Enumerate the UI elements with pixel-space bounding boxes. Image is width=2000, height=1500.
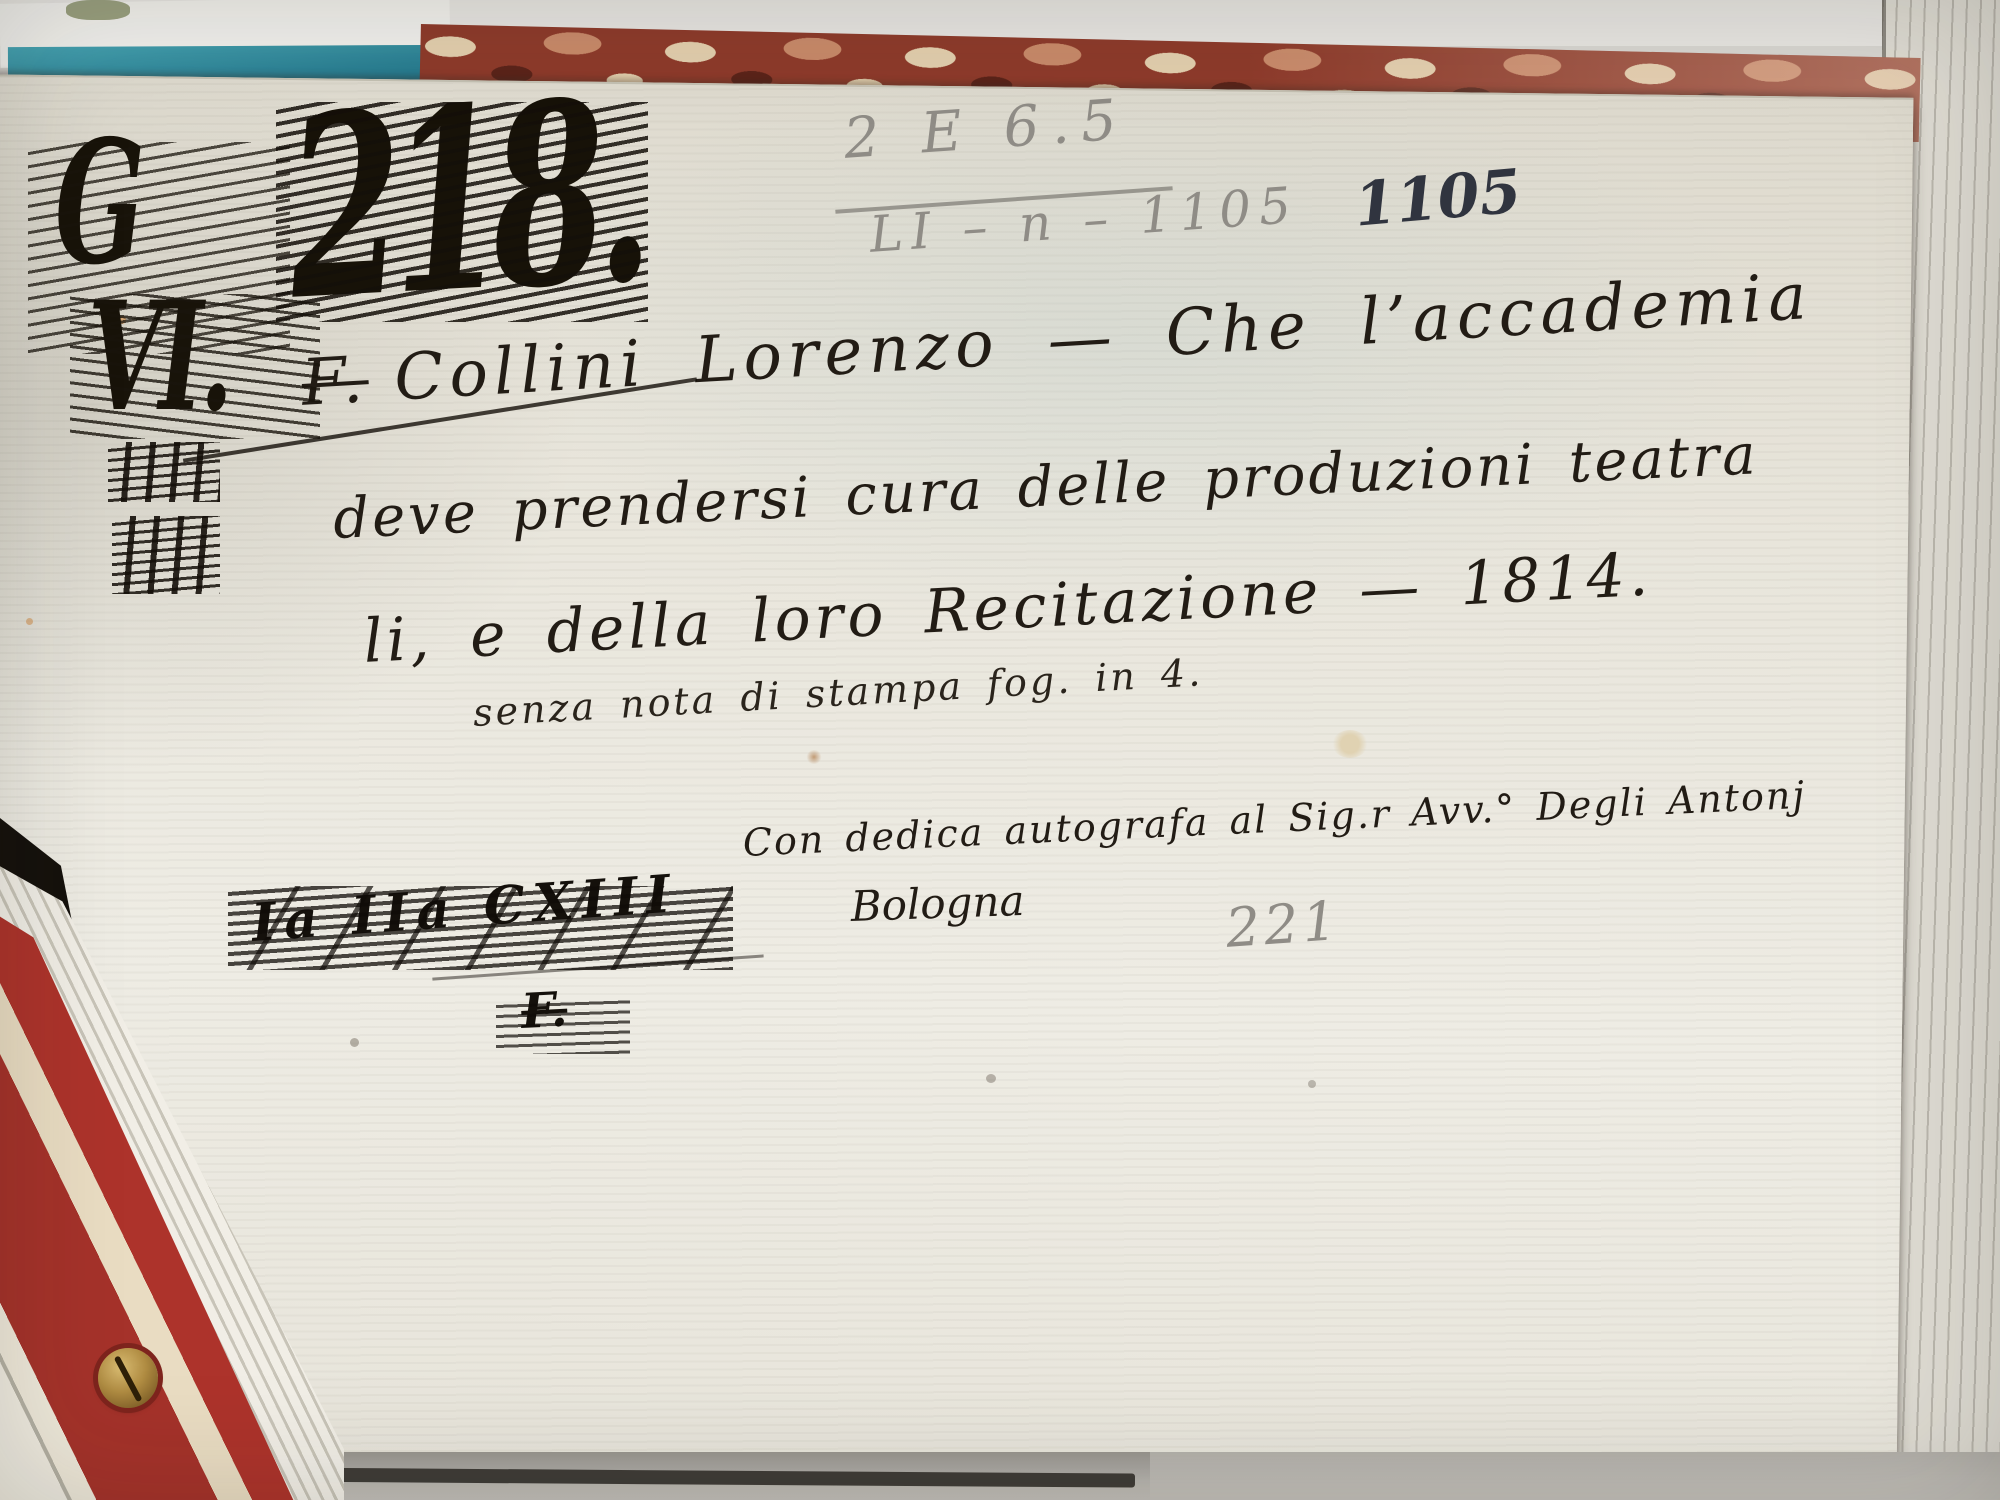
paper-patch [1332, 730, 1368, 758]
ink-dot [350, 1038, 359, 1047]
struck-stamp-mark [112, 516, 220, 594]
fox-spot [806, 750, 822, 764]
dedication-line-2: Bologna [850, 880, 1025, 928]
debris-speck [66, 0, 130, 20]
screw-slot [114, 1355, 143, 1402]
photo-of-catalog-card: G VI. 218. 2 E 6.5 LI – n – 1105 1105 F.… [0, 0, 2000, 1500]
bottom-table-edge-right [1150, 1452, 2000, 1500]
pencil-page-number: 221 [1224, 894, 1343, 956]
brass-screw [98, 1348, 158, 1408]
strike-hatch-over-number [276, 102, 648, 322]
struck-stamp-mark [108, 442, 220, 502]
strike-hatch-over-letter [496, 998, 630, 1054]
ink-shelfmark-number: 1105 [1352, 161, 1524, 235]
ink-dot [986, 1074, 996, 1083]
ink-dot [1308, 1080, 1316, 1088]
fox-speck [26, 618, 33, 625]
strike-hatch-over-shelfmark [228, 886, 733, 970]
